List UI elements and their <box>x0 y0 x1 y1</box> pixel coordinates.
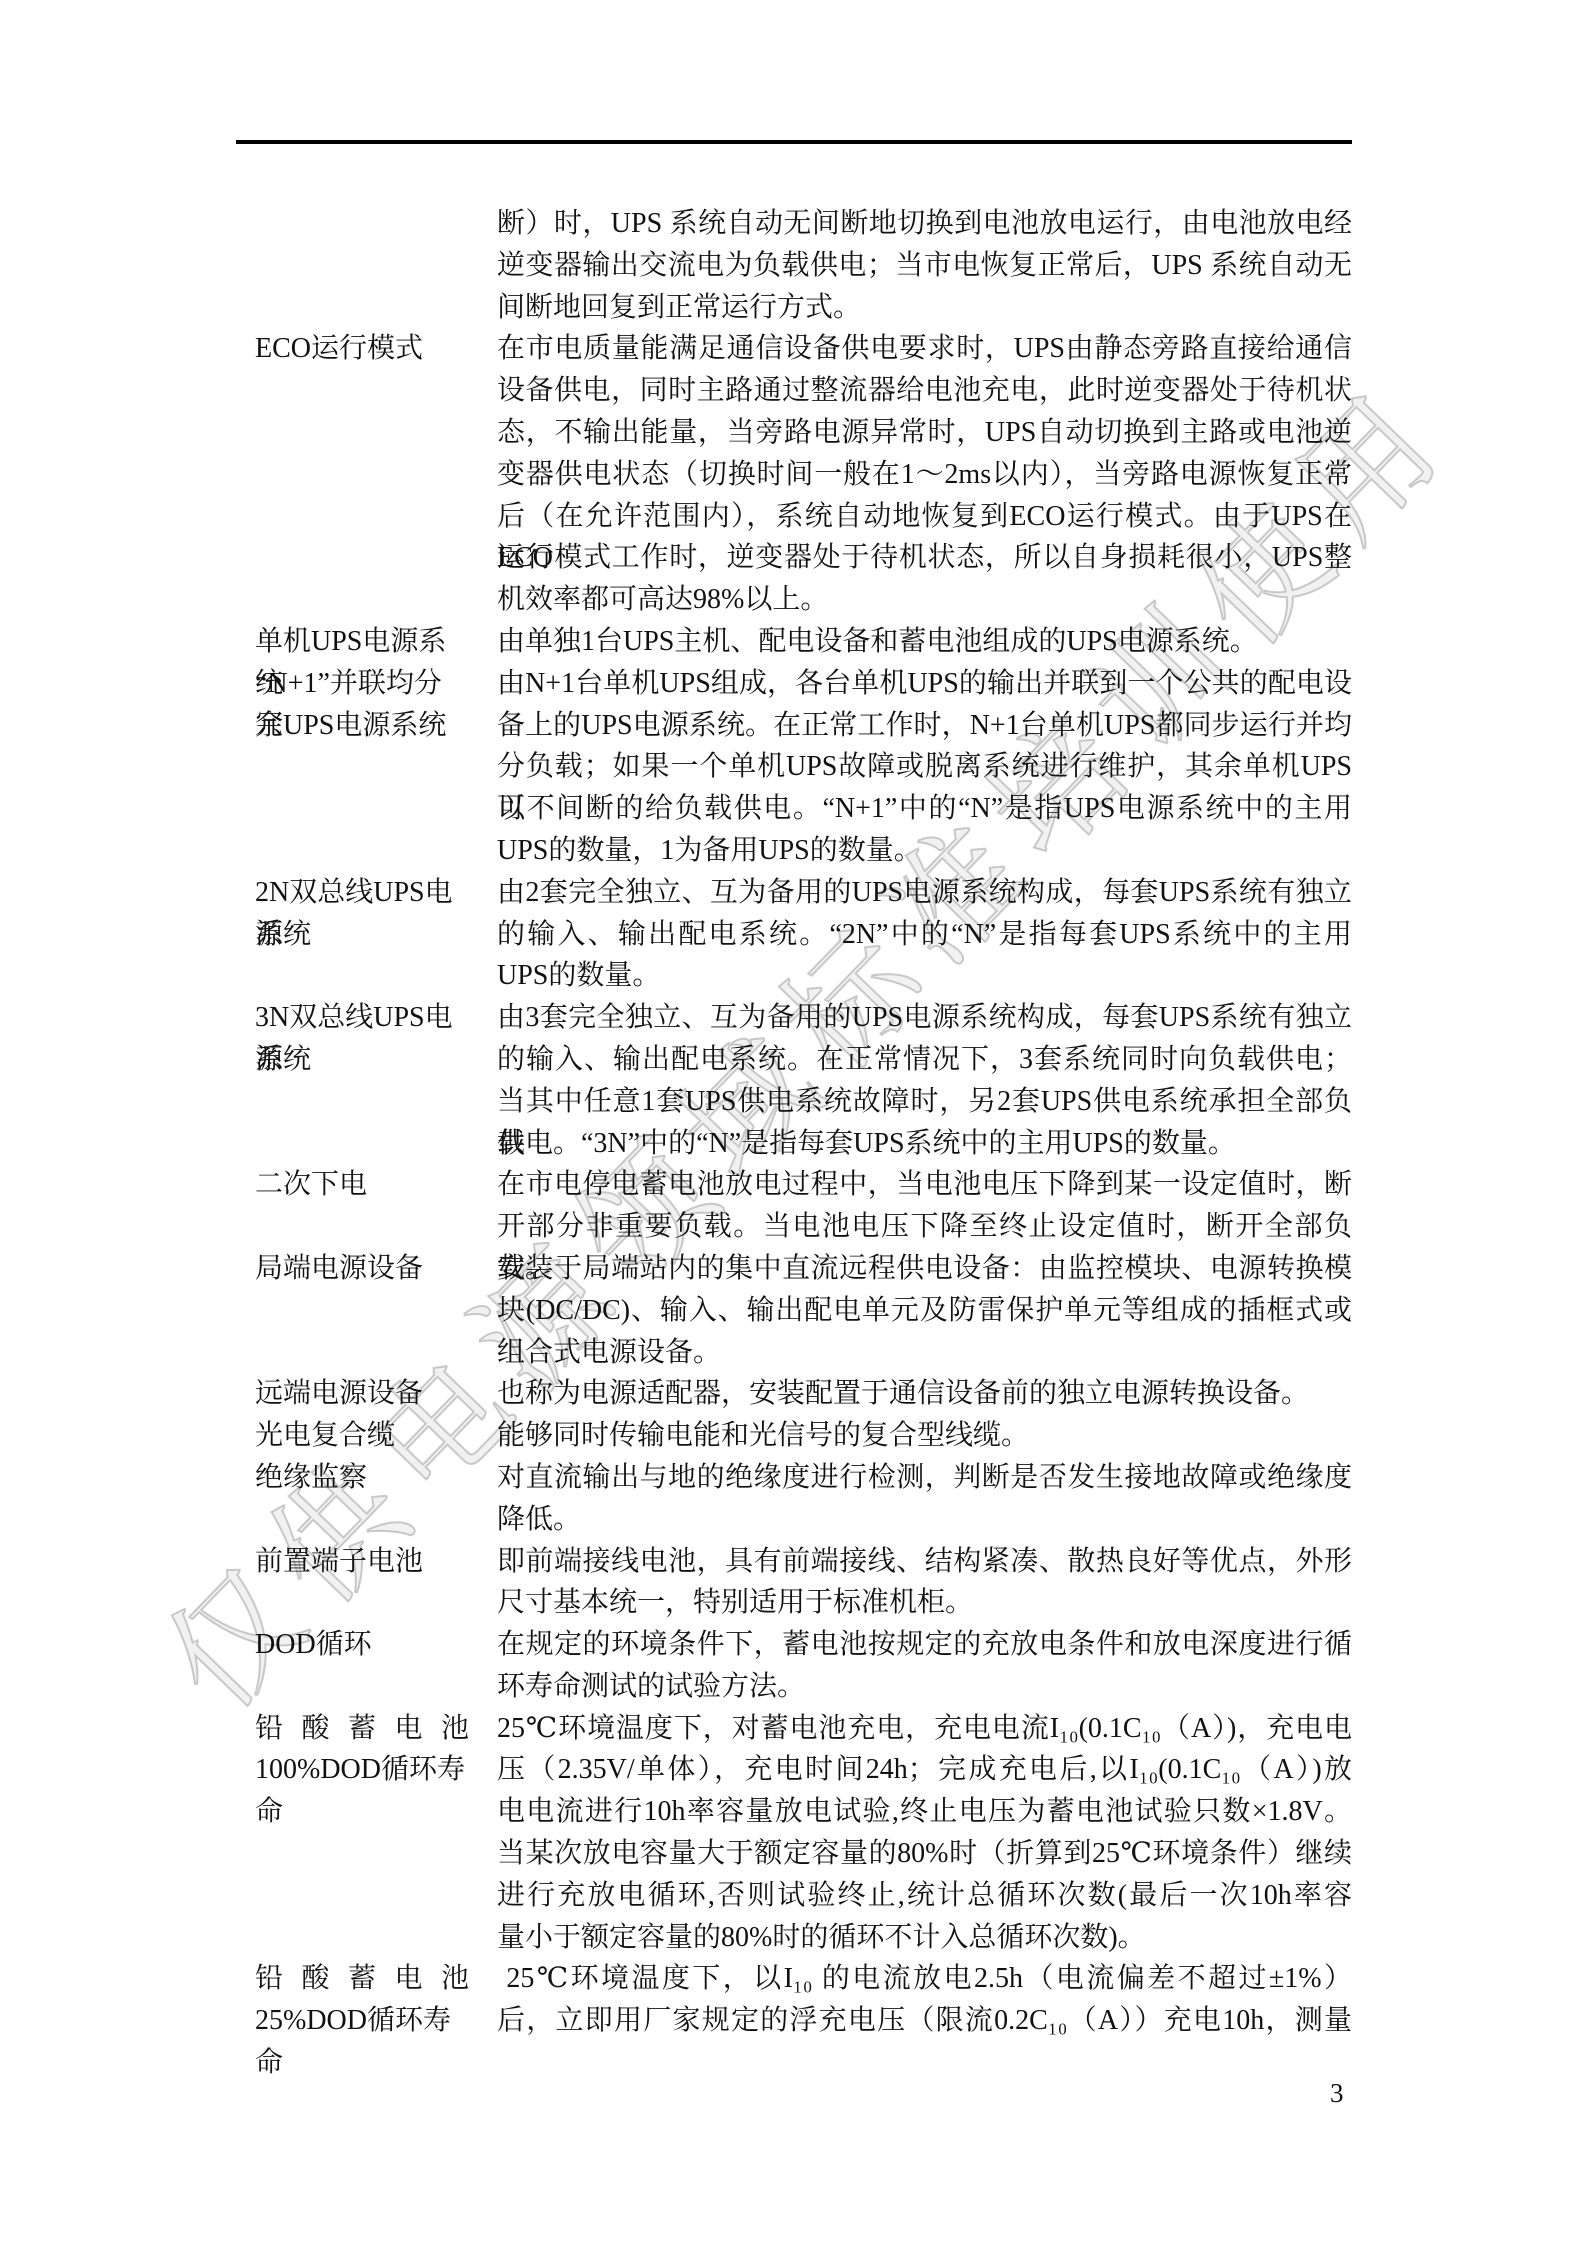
term-cell: 远端电源设备 <box>255 1373 497 1415</box>
term-line: 绝缘监察 <box>255 1457 469 1499</box>
definition-line: 当某次放电容量大于额定容量的80%时（折算到25℃环境条件）继续 <box>497 1833 1352 1875</box>
term-line: 25%DOD循环寿命 <box>255 2000 469 2042</box>
glossary-row: 绝缘监察对直流输出与地的绝缘度进行检测，判断是否发生接地故障或绝缘度降低。 <box>255 1457 1352 1541</box>
term-cell: 铅酸蓄电池100%DOD循环寿命 <box>255 1708 497 1792</box>
glossary-row: 局端电源设备安装于局端站内的集中直流远程供电设备：由监控模块、电源转换模块(DC… <box>255 1248 1352 1373</box>
glossary-row: 铅酸蓄电池100%DOD循环寿命25℃环境温度下，对蓄电池充电，充电电流I₁₀(… <box>255 1708 1352 1959</box>
definition-line: 环寿命测试的试验方法。 <box>497 1666 1352 1708</box>
definition-line: 机效率都可高达98%以上。 <box>497 579 1352 621</box>
term-line: 100%DOD循环寿命 <box>255 1749 469 1791</box>
definition-line: 组合式电源设备。 <box>497 1332 1352 1374</box>
definition-line: 变器供电状态（切换时间一般在1～2ms以内），当旁路电源恢复正常 <box>497 454 1352 496</box>
glossary-row: 前置端子电池即前端接线电池，具有前端接线、结构紧凑、散热良好等优点，外形尺寸基本… <box>255 1541 1352 1625</box>
term-line: ECO运行模式 <box>255 328 469 370</box>
definition-cell: 在市电质量能满足通信设备供电要求时，UPS由静态旁路直接给通信设备供电，同时主路… <box>497 328 1352 621</box>
definition-line: 25℃环境温度下，对蓄电池充电，充电电流I₁₀(0.1C₁₀（A）)，充电电 <box>497 1708 1352 1750</box>
definition-cell: 在市电停电蓄电池放电过程中，当电池电压下降到某一设定值时，断开部分非重要负载。当… <box>497 1164 1352 1248</box>
definition-cell: 安装于局端站内的集中直流远程供电设备：由监控模块、电源转换模块(DC/DC)、输… <box>497 1248 1352 1373</box>
definition-line: 由2套完全独立、互为备用的UPS电源系统构成，每套UPS系统有独立 <box>497 872 1352 914</box>
definition-line: UPS的数量。 <box>497 955 1352 997</box>
definition-line: 进行充放电循环,否则试验终止,统计总循环次数(最后一次10h率容 <box>497 1875 1352 1917</box>
term-cell: 绝缘监察 <box>255 1457 497 1499</box>
definition-line: 量小于额定容量的80%时的循环不计入总循环次数)。 <box>497 1917 1352 1959</box>
definition-line: 间断地回复到正常运行方式。 <box>497 287 1352 329</box>
glossary-row: 远端电源设备也称为电源适配器，安装配置于通信设备前的独立电源转换设备。 <box>255 1373 1352 1415</box>
definition-cell: 断）时，UPS 系统自动无间断地切换到电池放电运行，由电池放电经逆变器输出交流电… <box>497 203 1352 328</box>
term-line: 光电复合缆 <box>255 1415 469 1457</box>
definition-line: 即前端接线电池，具有前端接线、结构紧凑、散热良好等优点，外形 <box>497 1541 1352 1583</box>
term-line: 2N双总线UPS电源 <box>255 872 469 914</box>
definition-line: 降低。 <box>497 1499 1352 1541</box>
definition-line: 分负载；如果一个单机UPS故障或脱离系统进行维护，其余单机UPS可 <box>497 746 1352 788</box>
glossary-row: 断）时，UPS 系统自动无间断地切换到电池放电运行，由电池放电经逆变器输出交流电… <box>255 203 1352 328</box>
definition-cell: 25℃环境温度下，以I₁₀ 的电流放电2.5h（电流偏差不超过±1%）后，立即用… <box>497 1958 1352 2042</box>
definition-line: 逆变器输出交流电为负载供电；当市电恢复正常后，UPS 系统自动无 <box>497 245 1352 287</box>
definition-cell: 25℃环境温度下，对蓄电池充电，充电电流I₁₀(0.1C₁₀（A）)，充电电压（… <box>497 1708 1352 1959</box>
definition-cell: 由单独1台UPS主机、配电设备和蓄电池组成的UPS电源系统。 <box>497 621 1352 663</box>
definition-line: 由3套完全独立、互为备用的UPS电源系统构成，每套UPS系统有独立 <box>497 997 1352 1039</box>
definition-cell: 能够同时传输电能和光信号的复合型线缆。 <box>497 1415 1352 1457</box>
definition-line: 尺寸基本统一，特别适用于标准机柜。 <box>497 1582 1352 1624</box>
definition-line: 以不间断的给负载供电。“N+1”中的“N”是指UPS电源系统中的主用 <box>497 788 1352 830</box>
document-page: { "page": { "number": "3" }, "watermark"… <box>0 0 1587 2244</box>
definition-line: 后（在允许范围内），系统自动地恢复到ECO运行模式。由于UPS在ECO <box>497 496 1352 538</box>
definition-line: 由N+1台单机UPS组成，各台单机UPS的输出并联到一个公共的配电设 <box>497 663 1352 705</box>
term-cell: DOD循环 <box>255 1624 497 1666</box>
definition-cell: 由3套完全独立、互为备用的UPS电源系统构成，每套UPS系统有独立的输入、输出配… <box>497 997 1352 1164</box>
page-number: 3 <box>1330 2078 1344 2109</box>
term-line: “N+1”并联均分冗 <box>255 663 469 705</box>
definition-cell: 即前端接线电池，具有前端接线、结构紧凑、散热良好等优点，外形尺寸基本统一，特别适… <box>497 1541 1352 1625</box>
header-rule <box>236 140 1352 144</box>
definition-line: 能够同时传输电能和光信号的复合型线缆。 <box>497 1415 1352 1457</box>
glossary-table: 断）时，UPS 系统自动无间断地切换到电池放电运行，由电池放电经逆变器输出交流电… <box>255 203 1352 2042</box>
glossary-row: 3N双总线UPS电源系统由3套完全独立、互为备用的UPS电源系统构成，每套UPS… <box>255 997 1352 1164</box>
definition-line: 备上的UPS电源系统。在正常工作时，N+1台单机UPS都同步运行并均 <box>497 705 1352 747</box>
definition-line: 安装于局端站内的集中直流远程供电设备：由监控模块、电源转换模 <box>497 1248 1352 1290</box>
term-line: 系统 <box>255 1039 469 1081</box>
term-cell: 单机UPS电源系统 <box>255 621 497 663</box>
definition-line: 由单独1台UPS主机、配电设备和蓄电池组成的UPS电源系统。 <box>497 621 1352 663</box>
term-line: DOD循环 <box>255 1624 469 1666</box>
term-cell: 局端电源设备 <box>255 1248 497 1290</box>
term-line: 二次下电 <box>255 1164 469 1206</box>
term-cell: “N+1”并联均分冗余UPS电源系统 <box>255 663 497 747</box>
term-line: 铅酸蓄电池 <box>255 1708 469 1750</box>
definition-line: 也称为电源适配器，安装配置于通信设备前的独立电源转换设备。 <box>497 1373 1352 1415</box>
term-cell: 二次下电 <box>255 1164 497 1206</box>
glossary-row: “N+1”并联均分冗余UPS电源系统由N+1台单机UPS组成，各台单机UPS的输… <box>255 663 1352 872</box>
definition-line: 设备供电，同时主路通过整流器给电池充电，此时逆变器处于待机状 <box>497 370 1352 412</box>
definition-line: 后，立即用厂家规定的浮充电压（限流0.2C₁₀（A））充电10h，测量 <box>497 2000 1352 2042</box>
definition-line: 断）时，UPS 系统自动无间断地切换到电池放电运行，由电池放电经 <box>497 203 1352 245</box>
glossary-row: 2N双总线UPS电源系统由2套完全独立、互为备用的UPS电源系统构成，每套UPS… <box>255 872 1352 997</box>
glossary-row: 二次下电在市电停电蓄电池放电过程中，当电池电压下降到某一设定值时，断开部分非重要… <box>255 1164 1352 1248</box>
definition-cell: 由N+1台单机UPS组成，各台单机UPS的输出并联到一个公共的配电设备上的UPS… <box>497 663 1352 872</box>
definition-cell: 在规定的环境条件下，蓄电池按规定的充放电条件和放电深度进行循环寿命测试的试验方法… <box>497 1624 1352 1708</box>
term-line: 系统 <box>255 914 469 956</box>
term-line: 远端电源设备 <box>255 1373 469 1415</box>
glossary-row: DOD循环在规定的环境条件下，蓄电池按规定的充放电条件和放电深度进行循环寿命测试… <box>255 1624 1352 1708</box>
term-line: 局端电源设备 <box>255 1248 469 1290</box>
term-line: 余UPS电源系统 <box>255 705 469 747</box>
definition-line: 块(DC/DC)、输入、输出配电单元及防雷保护单元等组成的插框式或 <box>497 1290 1352 1332</box>
definition-line: UPS的数量，1为备用UPS的数量。 <box>497 830 1352 872</box>
glossary-row: 单机UPS电源系统由单独1台UPS主机、配电设备和蓄电池组成的UPS电源系统。 <box>255 621 1352 663</box>
term-cell: 2N双总线UPS电源系统 <box>255 872 497 956</box>
definition-line: 对直流输出与地的绝缘度进行检测，判断是否发生接地故障或绝缘度 <box>497 1457 1352 1499</box>
term-line: 铅酸蓄电池 <box>255 1958 469 2000</box>
definition-line: 在规定的环境条件下，蓄电池按规定的充放电条件和放电深度进行循 <box>497 1624 1352 1666</box>
definition-line: 25℃环境温度下，以I₁₀ 的电流放电2.5h（电流偏差不超过±1%） <box>497 1958 1352 2000</box>
definition-line: 的输入、输出配电系统。“2N”中的“N”是指每套UPS系统中的主用 <box>497 914 1352 956</box>
definition-line: 供电。“3N”中的“N”是指每套UPS系统中的主用UPS的数量。 <box>497 1123 1352 1165</box>
definition-cell: 对直流输出与地的绝缘度进行检测，判断是否发生接地故障或绝缘度降低。 <box>497 1457 1352 1541</box>
term-cell: 前置端子电池 <box>255 1541 497 1583</box>
glossary-row: 光电复合缆能够同时传输电能和光信号的复合型线缆。 <box>255 1415 1352 1457</box>
definition-line: 开部分非重要负载。当电池电压下降至终止设定值时，断开全部负载。 <box>497 1206 1352 1248</box>
definition-line: 在市电质量能满足通信设备供电要求时，UPS由静态旁路直接给通信 <box>497 328 1352 370</box>
definition-line: 运行模式工作时，逆变器处于待机状态，所以自身损耗很小，UPS整 <box>497 537 1352 579</box>
term-line: 前置端子电池 <box>255 1541 469 1583</box>
definition-cell: 也称为电源适配器，安装配置于通信设备前的独立电源转换设备。 <box>497 1373 1352 1415</box>
definition-line: 压（2.35V/单体），充电时间24h；完成充电后,以I₁₀(0.1C₁₀（A）… <box>497 1749 1352 1791</box>
definition-line: 当其中任意1套UPS供电系统故障时，另2套UPS供电系统承担全部负载 <box>497 1081 1352 1123</box>
glossary-row: ECO运行模式在市电质量能满足通信设备供电要求时，UPS由静态旁路直接给通信设备… <box>255 328 1352 621</box>
term-cell: 3N双总线UPS电源系统 <box>255 997 497 1081</box>
glossary-row: 铅酸蓄电池25%DOD循环寿命 25℃环境温度下，以I₁₀ 的电流放电2.5h（… <box>255 1958 1352 2042</box>
definition-cell: 由2套完全独立、互为备用的UPS电源系统构成，每套UPS系统有独立的输入、输出配… <box>497 872 1352 997</box>
definition-line: 电电流进行10h率容量放电试验,终止电压为蓄电池试验只数×1.8V。 <box>497 1791 1352 1833</box>
term-line: 3N双总线UPS电源 <box>255 997 469 1039</box>
definition-line: 在市电停电蓄电池放电过程中，当电池电压下降到某一设定值时，断 <box>497 1164 1352 1206</box>
definition-line: 态，不输出能量，当旁路电源异常时，UPS自动切换到主路或电池逆 <box>497 412 1352 454</box>
term-cell: 铅酸蓄电池25%DOD循环寿命 <box>255 1958 497 2042</box>
term-cell: 光电复合缆 <box>255 1415 497 1457</box>
term-line: 单机UPS电源系统 <box>255 621 469 663</box>
term-cell: ECO运行模式 <box>255 328 497 370</box>
definition-line: 的输入、输出配电系统。在正常情况下，3套系统同时向负载供电； <box>497 1039 1352 1081</box>
